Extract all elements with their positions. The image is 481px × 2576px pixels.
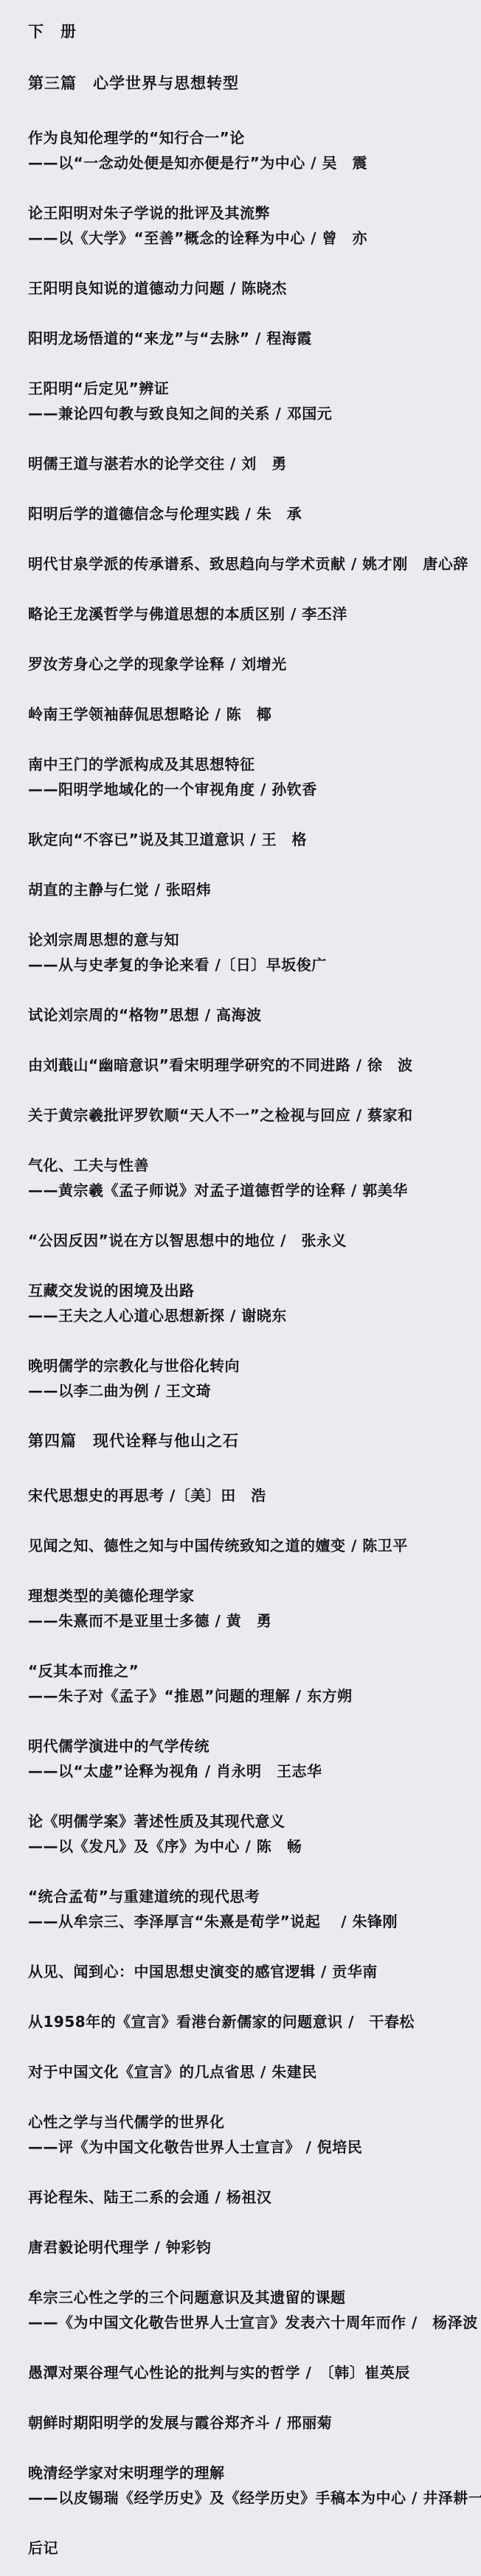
toc-line-subtitle: ——朱子对《孟子》“推恩”问题的理解 / 东方朔 [28,1683,478,1708]
toc-entry: 互藏交发说的困境及出路——王夫之人心道心思想新探 / 谢晓东 [28,1278,478,1328]
toc-line-title: 后记 [28,2535,478,2561]
toc-entry: 晚明儒学的宗教化与世俗化转向——以李二曲为例 / 王文琦 [28,1353,478,1403]
toc-entry: 略论王龙溪哲学与佛道思想的本质区别 / 李丕洋 [28,601,478,626]
toc-line-subtitle: ——黄宗羲《孟子师说》对孟子道德哲学的诠释 / 郭美华 [28,1178,478,1203]
volume-heading: 下 册 [28,19,478,44]
toc-entry: 唐君毅论明代理学 / 钟彩钧 [28,2235,478,2260]
toc-line-title: 岭南王学领袖薛侃思想略论 / 陈 椰 [28,702,478,727]
toc-line-title: 晚明儒学的宗教化与世俗化转向 [28,1353,478,1378]
toc-line-title: 见闻之知、德性之知与中国传统致知之道的嬗变 / 陈卫平 [28,1533,478,1558]
toc-line-subtitle: ——以“一念动处便是知亦便是行”为中心 / 吴 震 [28,150,478,175]
toc-entry: “统合孟荀”与重建道统的现代思考——从牟宗三、李泽厚言“朱熹是荀学”说起 / 朱… [28,1884,478,1934]
toc-entry: 理想类型的美德伦理学家——朱熹而不是亚里士多德 / 黄 勇 [28,1583,478,1633]
toc-entry: 作为良知伦理学的“知行合一”论——以“一念动处便是知亦便是行”为中心 / 吴 震 [28,125,478,175]
toc-line-subtitle: ——以《大学》“至善”概念的诠释为中心 / 曾 亦 [28,226,478,251]
toc-entry: 心性之学与当代儒学的世界化——评《为中国文化敬告世界人士宣言》 / 倪培民 [28,2109,478,2160]
toc-entry: 明儒王道与湛若水的论学交往 / 刘 勇 [28,451,478,476]
toc-entry: 宋代思想史的再思考 /〔美〕田 浩 [28,1483,478,1508]
toc-entry: 由刘蕺山“幽暗意识”看宋明理学研究的不同进路 / 徐 波 [28,1053,478,1078]
toc-line-subtitle: ——以“太虚”诠释为视角 / 肖永明 王志华 [28,1759,478,1784]
toc-entry: 论刘宗周思想的意与知——从与史孝复的争论来看 /〔日〕早坂俊广 [28,927,478,977]
toc-line-subtitle: ——以李二曲为例 / 王文琦 [28,1378,478,1403]
toc-line-title: 从见、闻到心：中国思想史演变的感官逻辑 / 贡华南 [28,1959,478,1984]
toc-line-title: “统合孟荀”与重建道统的现代思考 [28,1884,478,1909]
toc-line-subtitle: ——从与史孝复的争论来看 /〔日〕早坂俊广 [28,952,478,977]
toc-line-subtitle: ——以皮锡瑞《经学历史》及《经学历史》手稿本为中心 / 井泽耕一 [28,2485,478,2510]
toc-entry: 再论程朱、陆王二系的会通 / 杨祖汉 [28,2185,478,2210]
toc-entry: 罗汝芳身心之学的现象学诠释 / 刘增光 [28,652,478,677]
toc-line-title: 明代儒学演进中的气学传统 [28,1734,478,1759]
toc-line-title: 互藏交发说的困境及出路 [28,1278,478,1303]
toc-line-title: 由刘蕺山“幽暗意识”看宋明理学研究的不同进路 / 徐 波 [28,1053,478,1078]
toc-line-title: 阳明龙场悟道的“来龙”与“去脉” / 程海霞 [28,326,478,351]
toc-line-title: 试论刘宗周的“格物”思想 / 高海波 [28,1002,478,1027]
toc-line-title: 晚清经学家对宋明理学的理解 [28,2460,478,2485]
toc-line-title: 论刘宗周思想的意与知 [28,927,478,952]
toc-line-title: 对于中国文化《宣言》的几点省思 / 朱建民 [28,2059,478,2084]
toc-line-title: 下 册 [28,19,478,44]
toc-entry: 朝鲜时期阳明学的发展与霞谷郑齐斗 / 邢丽菊 [28,2410,478,2435]
toc-entry: 对于中国文化《宣言》的几点省思 / 朱建民 [28,2059,478,2084]
toc-line-title: 心性之学与当代儒学的世界化 [28,2109,478,2135]
toc-line-title: 第四篇 现代诠释与他山之石 [28,1428,478,1453]
toc-entry: 阳明后学的道德信念与伦理实践 / 朱 承 [28,501,478,526]
toc-line-title: 王阳明“后定见”辨证 [28,376,478,401]
toc-line-title: 朝鲜时期阳明学的发展与霞谷郑齐斗 / 邢丽菊 [28,2410,478,2435]
toc-entry: “公因反因”说在方以智思想中的地位 / 张永义 [28,1228,478,1253]
toc-line-title: 明代甘泉学派的传承谱系、致思趋向与学术贡献 / 姚才刚 唐心辞 [28,551,478,576]
part-heading: 第四篇 现代诠释与他山之石 [28,1428,478,1453]
toc-line-subtitle: ——以《发凡》及《序》为中心 / 陈 畅 [28,1834,478,1859]
toc-entry: 关于黄宗羲批评罗钦顺“天人不一”之检视与回应 / 蔡家和 [28,1103,478,1128]
toc-line-title: “公因反因”说在方以智思想中的地位 / 张永义 [28,1228,478,1253]
toc-entry: 胡直的主静与仁觉 / 张昭炜 [28,877,478,902]
toc-entry: 气化、工夫与性善——黄宗羲《孟子师说》对孟子道德哲学的诠释 / 郭美华 [28,1153,478,1203]
toc-line-title: 从1958年的《宣言》看港台新儒家的问题意识 / 干春松 [28,2009,478,2034]
backmatter-entry: 后记 [28,2535,478,2561]
toc-line-title: 愚潭对栗谷理气心性论的批判与实的哲学 / 〔韩〕崔英辰 [28,2360,478,2385]
toc-line-title: 南中王门的学派构成及其思想特征 [28,752,478,777]
toc-entry: 愚潭对栗谷理气心性论的批判与实的哲学 / 〔韩〕崔英辰 [28,2360,478,2385]
toc-entry: 明代儒学演进中的气学传统——以“太虚”诠释为视角 / 肖永明 王志华 [28,1734,478,1784]
toc-line-title: 王阳明良知说的道德动力问题 / 陈晓杰 [28,276,478,301]
toc-line-subtitle: ——《为中国文化敬告世界人士宣言》发表六十周年而作 / 杨泽波 [28,2310,478,2335]
toc-line-title: 论王阳明对朱子学说的批评及其流弊 [28,200,478,226]
toc-entry: 南中王门的学派构成及其思想特征——阳明学地域化的一个审视角度 / 孙钦香 [28,752,478,802]
toc-line-title: 胡直的主静与仁觉 / 张昭炜 [28,877,478,902]
toc-line-subtitle: ——兼论四句教与致良知之间的关系 / 邓国元 [28,401,478,426]
toc-line-title: 论《明儒学案》著述性质及其现代意义 [28,1809,478,1834]
toc-line-title: 作为良知伦理学的“知行合一”论 [28,125,478,150]
toc-line-title: 宋代思想史的再思考 /〔美〕田 浩 [28,1483,478,1508]
toc-line-title: 略论王龙溪哲学与佛道思想的本质区别 / 李丕洋 [28,601,478,626]
toc-entry: “反其本而推之”——朱子对《孟子》“推恩”问题的理解 / 东方朔 [28,1658,478,1708]
toc-entry: 明代甘泉学派的传承谱系、致思趋向与学术贡献 / 姚才刚 唐心辞 [28,551,478,576]
table-of-contents: 下 册第三篇 心学世界与思想转型作为良知伦理学的“知行合一”论——以“一念动处便… [28,19,478,2561]
toc-entry: 耿定向“不容已”说及其卫道意识 / 王 格 [28,827,478,852]
toc-line-title: 耿定向“不容已”说及其卫道意识 / 王 格 [28,827,478,852]
toc-line-title: 阳明后学的道德信念与伦理实践 / 朱 承 [28,501,478,526]
toc-entry: 见闻之知、德性之知与中国传统致知之道的嬗变 / 陈卫平 [28,1533,478,1558]
toc-entry: 岭南王学领袖薛侃思想略论 / 陈 椰 [28,702,478,727]
toc-line-title: 明儒王道与湛若水的论学交往 / 刘 勇 [28,451,478,476]
toc-line-subtitle: ——阳明学地域化的一个审视角度 / 孙钦香 [28,777,478,802]
toc-entry: 论《明儒学案》著述性质及其现代意义——以《发凡》及《序》为中心 / 陈 畅 [28,1809,478,1859]
toc-entry: 王阳明良知说的道德动力问题 / 陈晓杰 [28,276,478,301]
toc-line-title: 唐君毅论明代理学 / 钟彩钧 [28,2235,478,2260]
toc-line-title: 关于黄宗羲批评罗钦顺“天人不一”之检视与回应 / 蔡家和 [28,1103,478,1128]
toc-entry: 从见、闻到心：中国思想史演变的感官逻辑 / 贡华南 [28,1959,478,1984]
toc-line-title: “反其本而推之” [28,1658,478,1683]
toc-line-title: 第三篇 心学世界与思想转型 [28,71,478,96]
toc-page: 下 册第三篇 心学世界与思想转型作为良知伦理学的“知行合一”论——以“一念动处便… [0,0,481,2576]
toc-entry: 晚清经学家对宋明理学的理解——以皮锡瑞《经学历史》及《经学历史》手稿本为中心 /… [28,2460,478,2510]
toc-line-subtitle: ——评《为中国文化敬告世界人士宣言》 / 倪培民 [28,2135,478,2160]
part-heading: 第三篇 心学世界与思想转型 [28,71,478,96]
toc-line-title: 罗汝芳身心之学的现象学诠释 / 刘增光 [28,652,478,677]
toc-line-subtitle: ——从牟宗三、李泽厚言“朱熹是荀学”说起 / 朱锋刚 [28,1909,478,1934]
toc-line-title: 理想类型的美德伦理学家 [28,1583,478,1608]
toc-entry: 论王阳明对朱子学说的批评及其流弊——以《大学》“至善”概念的诠释为中心 / 曾 … [28,200,478,251]
toc-entry: 试论刘宗周的“格物”思想 / 高海波 [28,1002,478,1027]
toc-line-subtitle: ——王夫之人心道心思想新探 / 谢晓东 [28,1303,478,1328]
toc-line-title: 再论程朱、陆王二系的会通 / 杨祖汉 [28,2185,478,2210]
toc-entry: 从1958年的《宣言》看港台新儒家的问题意识 / 干春松 [28,2009,478,2034]
toc-line-title: 牟宗三心性之学的三个问题意识及其遗留的课题 [28,2285,478,2310]
toc-line-subtitle: ——朱熹而不是亚里士多德 / 黄 勇 [28,1608,478,1633]
toc-line-title: 气化、工夫与性善 [28,1153,478,1178]
toc-entry: 阳明龙场悟道的“来龙”与“去脉” / 程海霞 [28,326,478,351]
toc-entry: 牟宗三心性之学的三个问题意识及其遗留的课题——《为中国文化敬告世界人士宣言》发表… [28,2285,478,2335]
toc-entry: 王阳明“后定见”辨证——兼论四句教与致良知之间的关系 / 邓国元 [28,376,478,426]
